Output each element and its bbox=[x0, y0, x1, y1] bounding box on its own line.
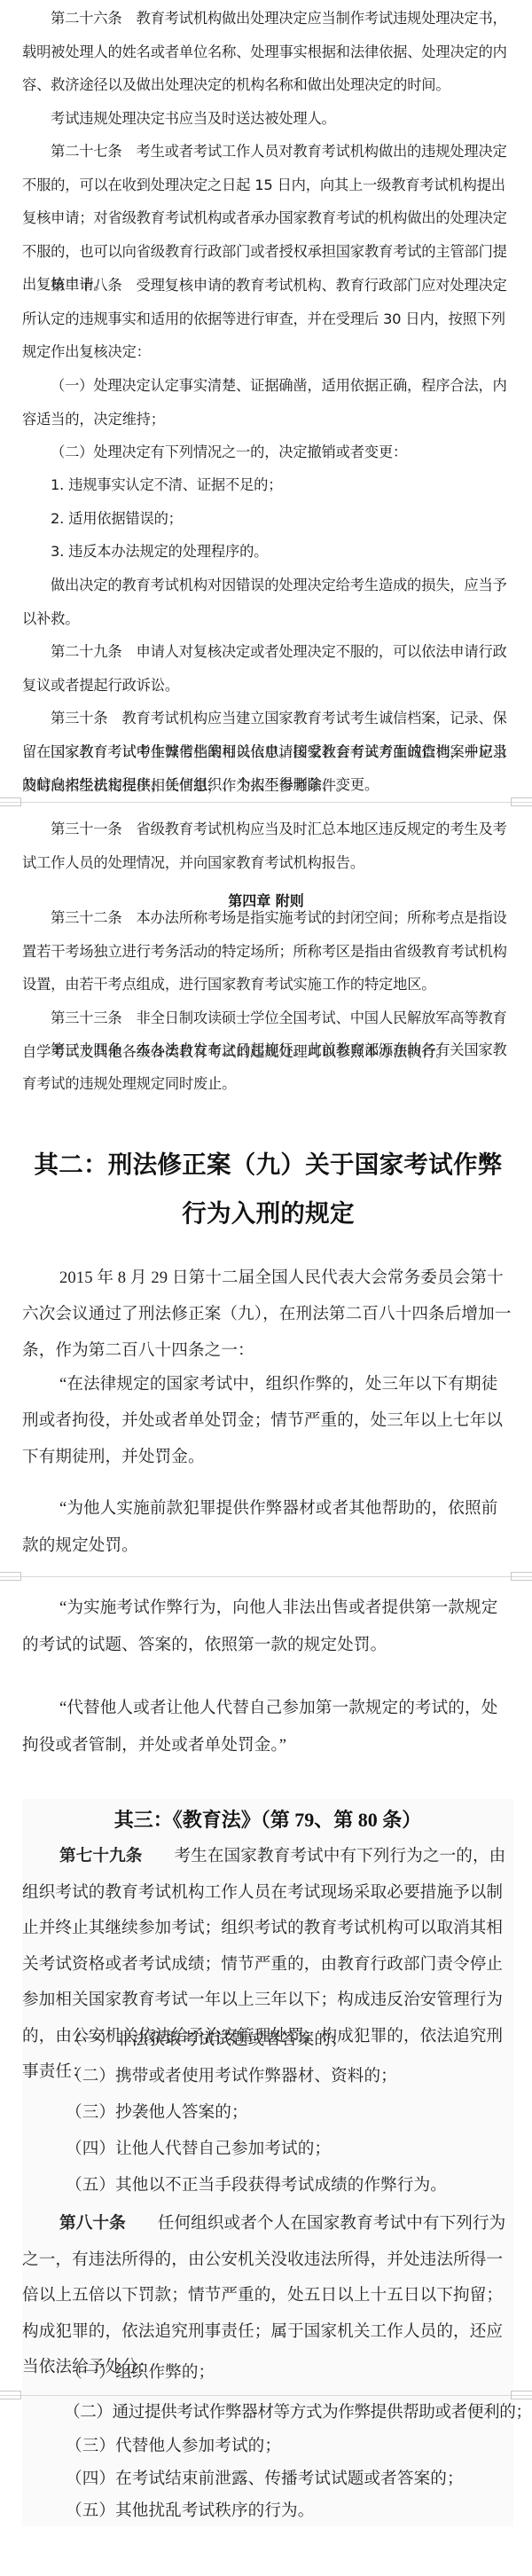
page-break-marker-left bbox=[0, 797, 21, 806]
article-26-delivery: 考试违规处理决定书应当及时送达被处理人。 bbox=[22, 102, 514, 136]
article-28-sub-3: 3. 违反本办法规定的处理程序的。 bbox=[22, 535, 532, 569]
article-28-remedy: 做出决定的教育考试机构对因错误的处理决定给考生造成的损失，应当予以补救。 bbox=[22, 569, 514, 635]
page-break-marker-left bbox=[0, 2391, 21, 2399]
article-30-integrity: 国家教育考试考生诚信档案可以依申请接受社会有关方面的查询，并应当及时向招生机构提… bbox=[22, 735, 514, 802]
article-29: 第二十九条 申请人对复核决定或者处理决定不服的，可以依法申请行政复议或者提起行政… bbox=[22, 635, 514, 702]
article-80-item-1: （一）组织作弊的； bbox=[22, 2355, 532, 2391]
quote-1: “在法律规定的国家考试中，组织作弊的，处三年以下有期徒刑或者拘役，并处或者单处罚… bbox=[22, 1366, 514, 1475]
article-80-text: 任何组织或者个人在国家教育考试中有下列行为之一，有违法所得的，由公安机关没收违法… bbox=[22, 2214, 505, 2376]
article-28-sub-2: 2. 适用依据错误的； bbox=[22, 502, 532, 536]
article-34: 第三十四条 本办法自发布之日起施行。此前教育部颁布的各有关国家教育考试的违规处理… bbox=[22, 1033, 514, 1100]
page-break-marker-right bbox=[511, 797, 532, 806]
article-80-label: 第八十条 bbox=[59, 2214, 126, 2233]
article-79-item-2: （二）携带或者使用考试作弊器材、资料的； bbox=[22, 2059, 532, 2095]
article-79-label: 第七十九条 bbox=[59, 1847, 142, 1865]
section-heading-criminal-law: 其二：刑法修正案（九）关于国家考试作弊行为入刑的规定 bbox=[22, 1140, 514, 1237]
article-79-item-1: （一）非法获取考试试题或者答案的； bbox=[22, 2022, 532, 2059]
quote-3: “为实施考试作弊行为，向他人非法出售或者提供第一款规定的考试的试题、答案的，依照… bbox=[22, 1590, 514, 1664]
article-79-item-5: （五）其他以不正当手段获得考试成绩的作弊行为。 bbox=[22, 2168, 532, 2204]
article-80-item-4: （四）在考试结束前泄露、传播考试试题或者答案的； bbox=[22, 2462, 532, 2498]
article-32: 第三十二条 本办法所称考场是指实施考试的封闭空间；所称考点是指设置若干考场独立进… bbox=[22, 901, 514, 1001]
amendment-intro: 2015 年 8 月 29 日第十二届全国人民代表大会常务委员会第十六次会议通过… bbox=[22, 1260, 514, 1369]
article-31: 第三十一条 省级教育考试机构应当及时汇总本地区违反规定的考生及考试工作人员的处理… bbox=[22, 813, 514, 879]
article-79-item-4: （四）让他人代替自己参加考试的； bbox=[22, 2132, 532, 2168]
quote-2: “为他人实施前款犯罪提供作弊器材或者其他帮助的，依照前款的规定处罚。 bbox=[22, 1490, 514, 1565]
quote-4: “代替他人或者让他人代替自己参加第一款规定的考试的，处拘役或者管制，并处或者单处… bbox=[22, 1690, 514, 1764]
article-26: 第二十六条 教育考试机构做出处理决定应当制作考试违规处理决定书，载明被处理人的姓… bbox=[22, 2, 514, 102]
article-28-sub-1: 1. 违规事实认定不清、证据不足的； bbox=[22, 468, 532, 502]
article-28-item-1: （一）处理决定认定事实清楚、证据确凿，适用依据正确，程序合法，内容适当的，决定维… bbox=[22, 369, 514, 436]
article-28-item-2: （二）处理决定有下列情况之一的，决定撤销或者变更： bbox=[22, 436, 514, 469]
article-80-item-5: （五）其他扰乱考试秩序的行为。 bbox=[22, 2494, 532, 2530]
article-79-item-3: （三）抄袭他人答案的； bbox=[22, 2095, 532, 2132]
article-80-item-2: （二）通过提供考试作弊器材等方式为作弊提供帮助或者便利的； bbox=[22, 2395, 532, 2431]
article-28: 第二十八条 受理复核申请的教育考试机构、教育行政部门应对处理决定所认定的违规事实… bbox=[22, 269, 514, 369]
page-break-marker-right bbox=[511, 1572, 532, 1581]
page-break-marker-left bbox=[0, 1572, 21, 1581]
article-80-item-3: （三）代替他人参加考试的； bbox=[22, 2429, 532, 2465]
section-heading-education-law: 其三：《教育法》（第 79、第 80 条） bbox=[22, 1805, 513, 1833]
